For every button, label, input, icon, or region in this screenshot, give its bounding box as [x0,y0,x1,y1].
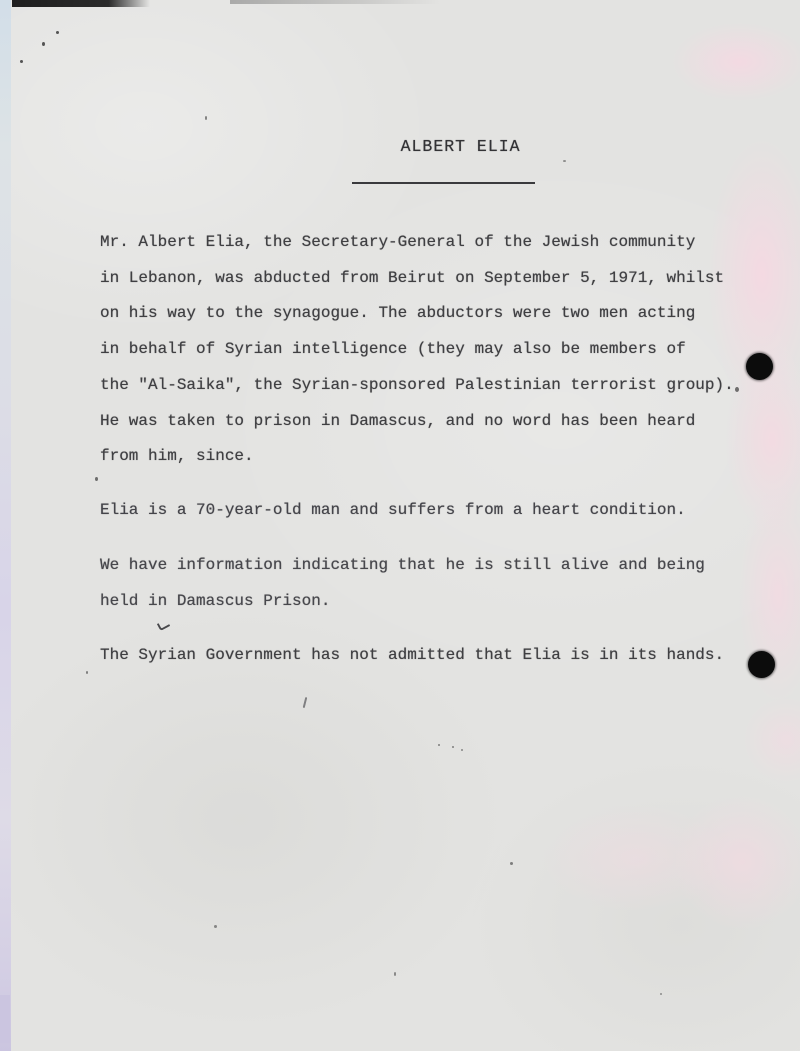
scan-speckle [394,972,396,976]
scan-speckle [735,387,739,392]
scan-slash-mark [303,697,307,708]
scan-speckle [563,160,566,162]
text-line: We have information indicating that he i… [100,548,705,584]
scan-speckle [438,744,440,746]
scan-speckle [42,42,45,46]
scan-speckle [205,116,207,120]
scan-edge-top-bar-faint [230,0,440,4]
scan-speckle [20,60,23,63]
punch-hole-bottom [748,651,775,678]
document-title-text: ALBERT ELIA [401,137,521,156]
document-title: ALBERT ELIA [352,116,535,184]
text-line: on his way to the synagogue. The abducto… [100,296,734,332]
text-line: in Lebanon, was abducted from Beirut on … [100,261,734,297]
scan-speckle [86,671,88,674]
scan-speckle [452,746,454,748]
text-line: in behalf of Syrian intelligence (they m… [100,332,734,368]
text-line: the "Al-Saika", the Syrian-sponsored Pal… [100,368,734,404]
scan-speckle [56,31,59,34]
paragraph-3: We have information indicating that he i… [100,548,705,619]
text-line: Mr. Albert Elia, the Secretary-General o… [100,225,734,261]
scan-squiggle-mark [157,619,170,631]
scan-speckle [214,925,217,928]
document-page: ALBERT ELIA Mr. Albert Elia, the Secreta… [0,0,800,1051]
text-line: He was taken to prison in Damascus, and … [100,404,734,440]
paragraph-1: Mr. Albert Elia, the Secretary-General o… [100,225,734,475]
scan-edge-top-bar [12,0,150,7]
scan-speckle [510,862,513,865]
text-line: from him, since. [100,439,734,475]
punch-hole-top [746,353,773,380]
scan-speckle [461,749,463,751]
paragraph-2: Elia is a 70-year-old man and suffers fr… [100,493,686,529]
scan-edge-bottom-left-patch [0,995,10,1043]
scan-speckle [95,477,98,481]
scan-speckle [660,993,662,995]
paragraph-4: The Syrian Government has not admitted t… [100,638,724,674]
scan-edge-left-strip [0,0,11,1051]
text-line: Elia is a 70-year-old man and suffers fr… [100,493,686,529]
text-line: held in Damascus Prison. [100,584,705,620]
text-line: The Syrian Government has not admitted t… [100,638,724,674]
